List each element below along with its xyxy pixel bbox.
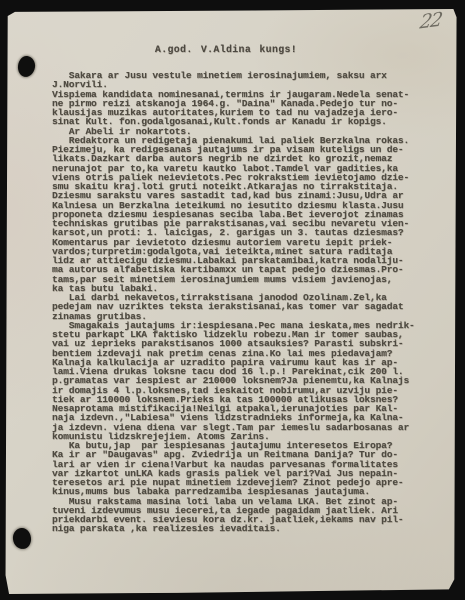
letter-body-text: Sakara ar Jusu vestule minetiem ierosina… [52, 71, 432, 534]
letter-content: A.god. V.Aldina kungs! Sakara ar Jusu ve… [52, 44, 432, 534]
letter-salutation: A.god. V.Aldina kungs! [40, 44, 412, 55]
scanned-letter-page: A.god. V.Aldina kungs! Sakara ar Jusu ve… [0, 0, 465, 600]
handwritten-page-number: 22 [418, 8, 443, 33]
paper-sheet: A.god. V.Aldina kungs! Sakara ar Jusu ve… [5, 9, 457, 594]
